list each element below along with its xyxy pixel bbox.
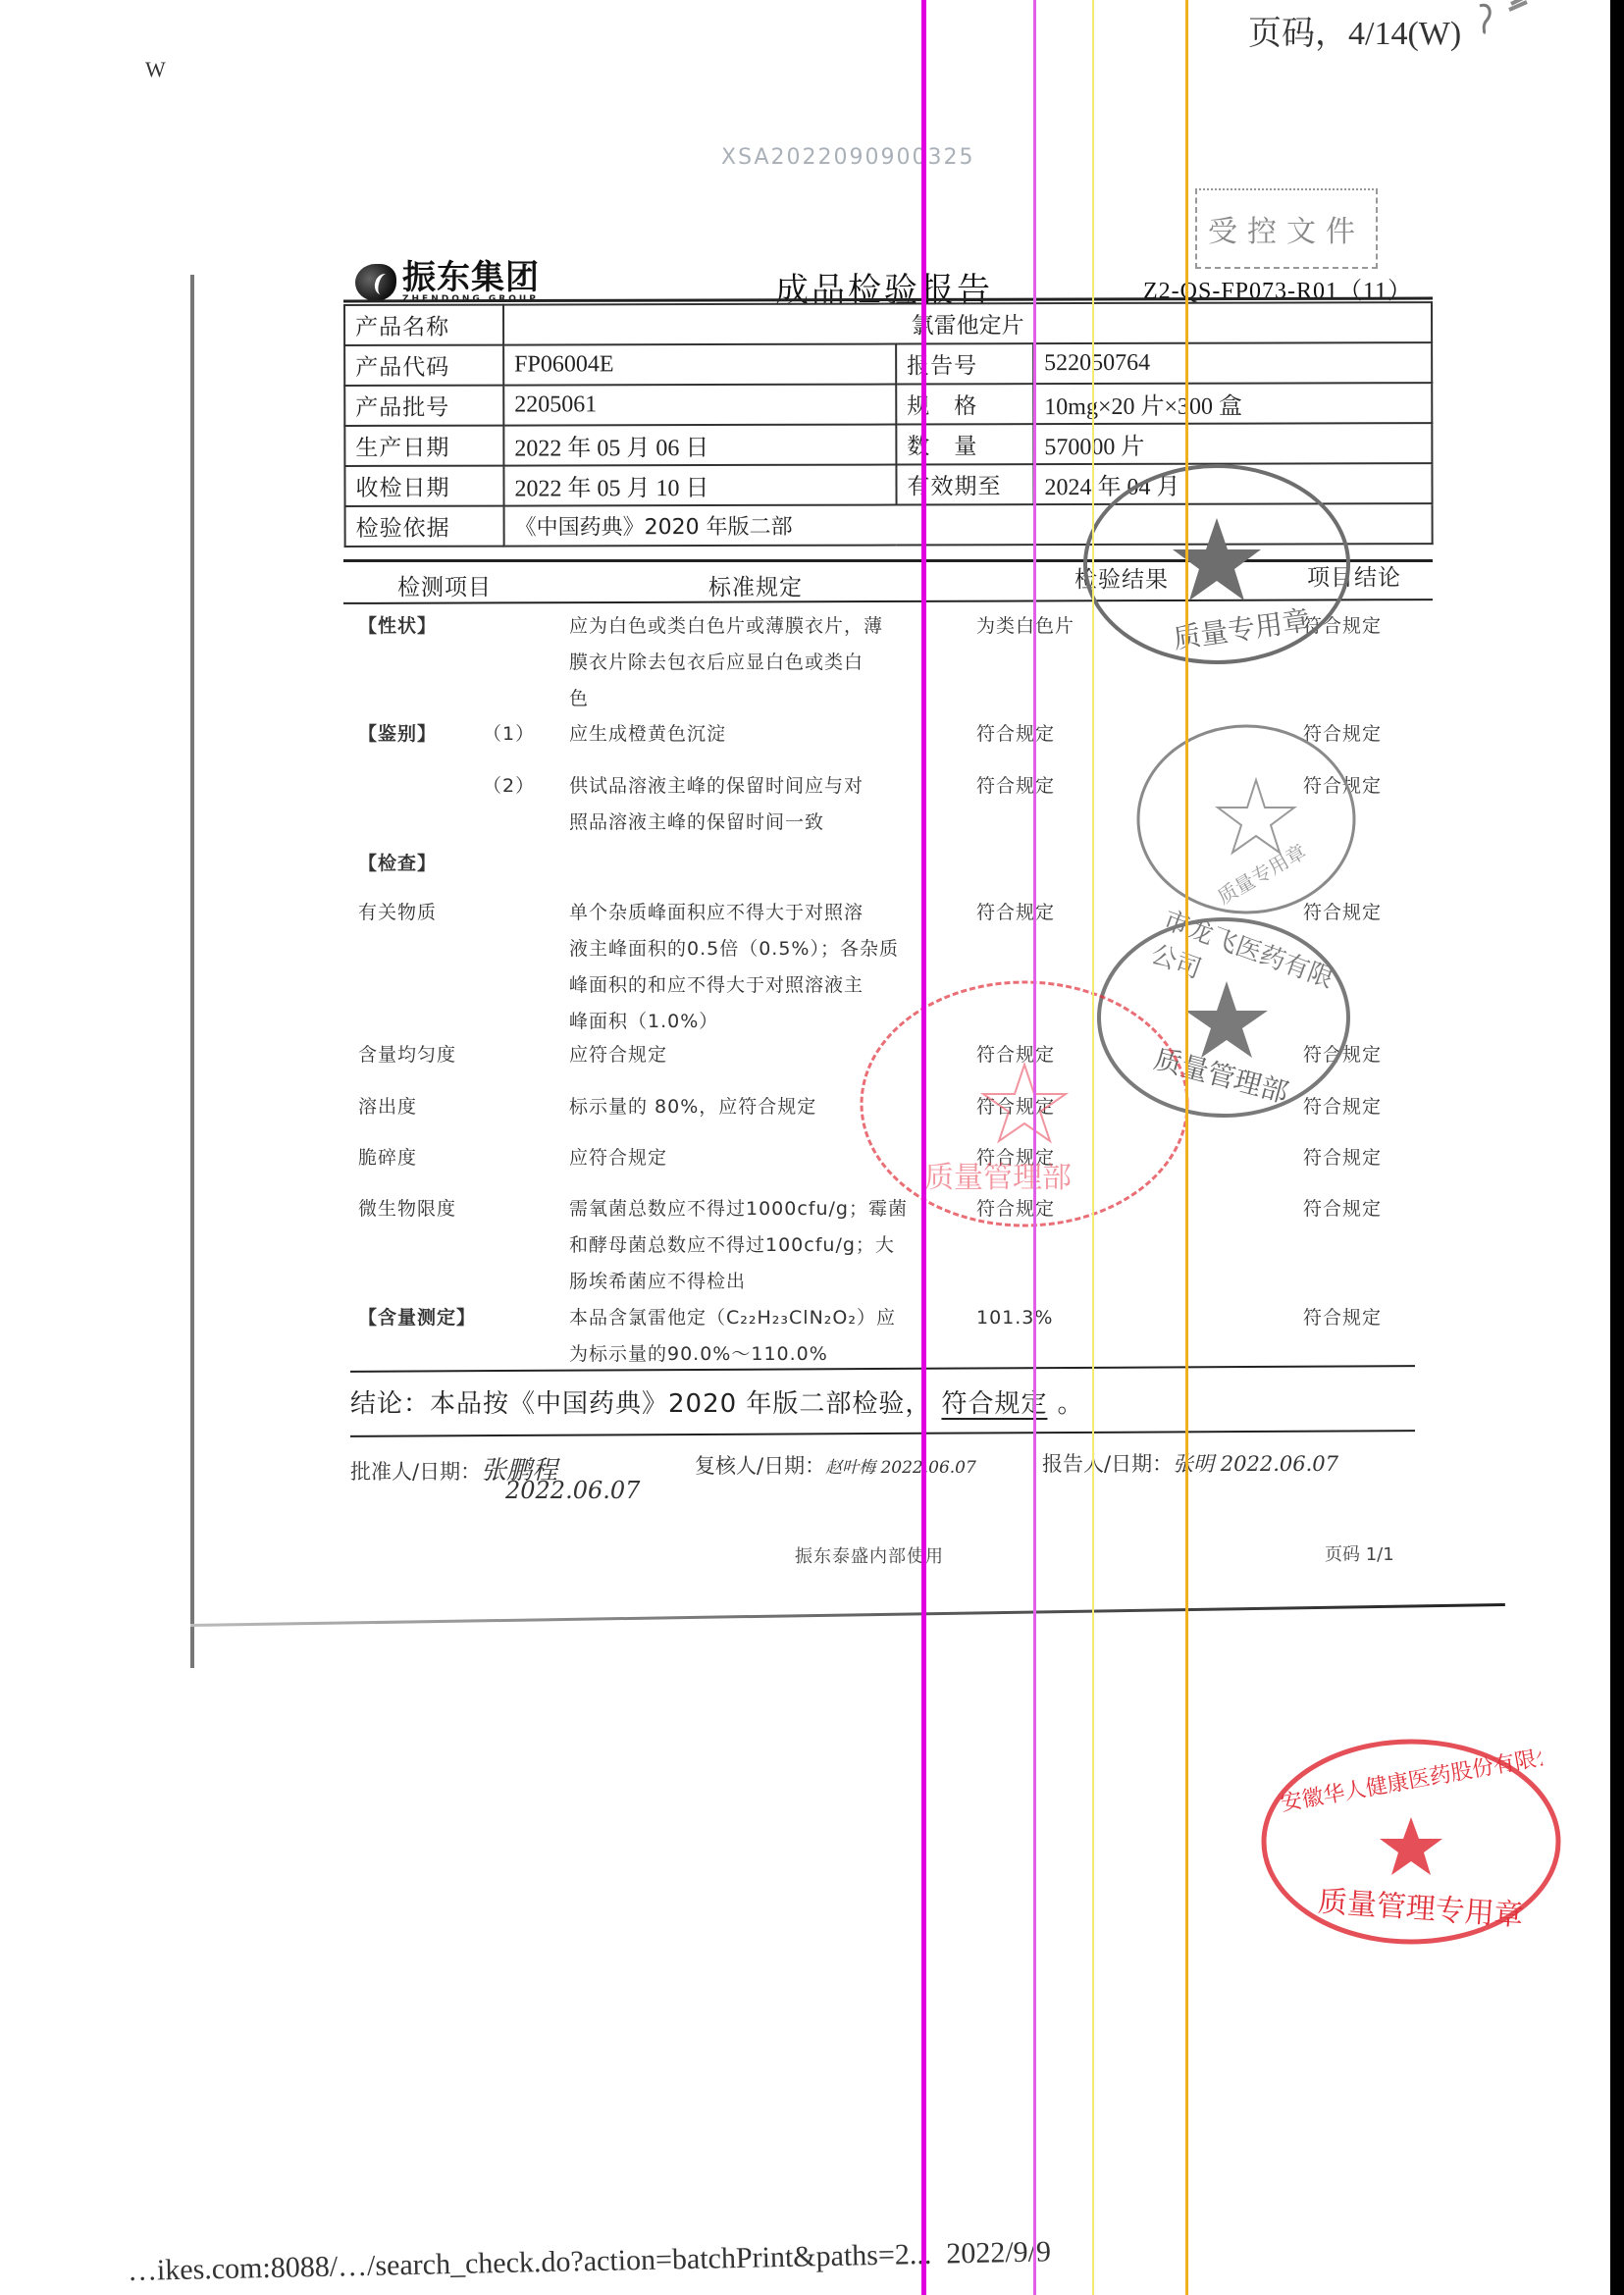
test-sub-index: （2） bbox=[483, 768, 535, 805]
mfg-date-label: 生产日期 bbox=[344, 426, 503, 466]
spec-label: 规 格 bbox=[896, 384, 1033, 424]
company-logo: 振东集团 ZHENDONG GROUP bbox=[355, 261, 540, 304]
batch-label: 产品批号 bbox=[344, 386, 503, 426]
paper-edge bbox=[190, 275, 194, 1668]
test-item-label: 【鉴别】 bbox=[358, 716, 437, 753]
test-item-label: 溶出度 bbox=[358, 1089, 417, 1125]
test-conclusion: 符合规定 bbox=[1303, 1140, 1382, 1176]
corner-mark: W bbox=[145, 57, 166, 82]
receipt-date-label: 收检日期 bbox=[344, 466, 503, 506]
paper-edge-bottom bbox=[190, 1603, 1505, 1627]
quantity-label: 数 量 bbox=[896, 424, 1033, 464]
test-result: 符合规定 bbox=[976, 716, 1055, 753]
conclusion-suffix: 。 bbox=[1057, 1389, 1083, 1419]
scanner-edge bbox=[1610, 0, 1624, 2295]
batch-value: 2205061 bbox=[503, 385, 896, 426]
test-item-label: 含量均匀度 bbox=[358, 1037, 456, 1073]
scan-artifact-line bbox=[1033, 0, 1036, 2295]
test-result: 符合规定 bbox=[976, 768, 1055, 805]
test-standard-line: 液主峰面积的0.5倍（0.5%）；各杂质 bbox=[569, 931, 962, 967]
reviewer-label: 复核人/日期： bbox=[695, 1454, 825, 1478]
conclusion-line: 结论：本品按《中国药典》2020 年版二部检验，符合规定。 bbox=[350, 1383, 1083, 1420]
conclusion-rule bbox=[350, 1430, 1415, 1437]
reporter: 报告人/日期：张明 2022.06.07 bbox=[1042, 1448, 1338, 1478]
footer-page-number: 页码 1/1 bbox=[1325, 1540, 1394, 1566]
test-standard-line: 应生成橙黄色沉淀 bbox=[569, 716, 962, 753]
print-url: …ikes.com:8088/…/search_check.do?action=… bbox=[128, 2238, 932, 2287]
scan-artifact-line bbox=[921, 0, 926, 2295]
seal-4-text: 质量管理部 bbox=[924, 1153, 1072, 1196]
test-standard: 本品含氯雷他定（C₂₂H₂₃ClN₂O₂）应为标示量的90.0%～110.0% bbox=[569, 1300, 962, 1373]
quality-seal-2: 质量专用章 bbox=[1133, 721, 1359, 917]
test-standard-line: 应为白色或类白色片或薄膜衣片，薄 bbox=[569, 608, 962, 645]
test-result: 符合规定 bbox=[976, 895, 1055, 931]
test-standard-line: 和酵母菌总数应不得过100cfu/g；大 bbox=[569, 1227, 962, 1264]
reporter-signature: 张明 2022.06.07 bbox=[1173, 1452, 1338, 1476]
serial-watermark: XSA2022090900325 bbox=[721, 145, 974, 170]
quality-seal-5: 安徽华人健康医药股份有限公司 质量管理专用章 bbox=[1259, 1737, 1563, 1948]
quality-seal-4: 质量管理部 bbox=[856, 976, 1194, 1231]
test-item-label: 微生物限度 bbox=[358, 1191, 456, 1227]
scan-artifact-line bbox=[1092, 0, 1094, 2295]
product-name-label: 产品名称 bbox=[344, 305, 503, 345]
conclusion-verdict: 符合规定 bbox=[931, 1389, 1057, 1419]
test-conclusion: 符合规定 bbox=[1303, 1300, 1382, 1336]
print-url-footer: …ikes.com:8088/…/search_check.do?action=… bbox=[128, 2235, 1052, 2288]
page-counter: 页码，4/14(W) bbox=[1248, 6, 1461, 54]
test-standard-line: 照品溶液主峰的保留时间一致 bbox=[569, 805, 962, 841]
test-standard-line: 单个杂质峰面积应不得大于对照溶 bbox=[569, 895, 962, 931]
receipt-date-value: 2022 年 05 月 10 日 bbox=[503, 465, 896, 506]
approver-date: 2022.06.07 bbox=[505, 1477, 640, 1504]
pen-scribble-icon bbox=[1472, 0, 1541, 39]
test-conclusion: 符合规定 bbox=[1303, 1191, 1382, 1227]
test-item-label: 有关物质 bbox=[358, 895, 437, 931]
test-standard-line: 供试品溶液主峰的保留时间应与对 bbox=[569, 768, 962, 805]
test-standard-line: 色 bbox=[569, 681, 962, 717]
test-standard: 应为白色或类白色片或薄膜衣片，薄膜衣片除去包衣后应显白色或类白色 bbox=[569, 608, 962, 717]
basis-label: 检验依据 bbox=[345, 506, 504, 547]
product-code-value: FP06004E bbox=[503, 344, 896, 386]
scan-artifact-line bbox=[1185, 0, 1188, 2295]
mfg-date-value: 2022 年 05 月 06 日 bbox=[503, 425, 896, 466]
test-result: 101.3% bbox=[976, 1300, 1053, 1336]
report-no-label: 报告号 bbox=[896, 343, 1033, 384]
test-standard-line: 膜衣片除去包衣后应显白色或类白 bbox=[569, 645, 962, 681]
test-item-label: 【含量测定】 bbox=[358, 1300, 476, 1336]
test-item-label: 脆碎度 bbox=[358, 1140, 417, 1176]
reporter-label: 报告人/日期： bbox=[1042, 1452, 1173, 1476]
col-head-item: 检测项目 bbox=[397, 569, 492, 601]
reviewer: 复核人/日期：赵叶梅 2022.06.07 bbox=[695, 1450, 976, 1480]
conclusion-prefix: 结论：本品按《中国药典》2020 年版二部检验， bbox=[350, 1389, 931, 1419]
test-standard-line: 肠埃希菌应不得检出 bbox=[569, 1264, 962, 1300]
test-result: 为类白色片 bbox=[976, 608, 1074, 645]
test-standard: 供试品溶液主峰的保留时间应与对照品溶液主峰的保留时间一致 bbox=[569, 768, 962, 841]
reviewer-signature: 赵叶梅 2022.06.07 bbox=[825, 1458, 976, 1478]
test-standard: 应生成橙黄色沉淀 bbox=[569, 716, 962, 753]
product-name-value: 氯雷他定片 bbox=[503, 302, 1432, 344]
test-standard-line: 本品含氯雷他定（C₂₂H₂₃ClN₂O₂）应 bbox=[569, 1300, 962, 1336]
controlled-document-stamp: 受控文件 bbox=[1195, 188, 1378, 269]
quality-seal-1: 质量专用章 bbox=[1079, 461, 1354, 667]
company-name-cn: 振东集团 bbox=[402, 261, 540, 294]
approver-label: 批准人/日期： bbox=[350, 1460, 481, 1484]
col-head-standard: 标准规定 bbox=[708, 569, 803, 601]
test-item-label: 【性状】 bbox=[358, 608, 437, 645]
product-code-label: 产品代码 bbox=[344, 345, 503, 386]
expiry-label: 有效期至 bbox=[896, 464, 1033, 504]
test-item-label: 【检查】 bbox=[358, 846, 437, 882]
logo-icon bbox=[355, 264, 396, 301]
test-sub-index: （1） bbox=[483, 716, 535, 753]
